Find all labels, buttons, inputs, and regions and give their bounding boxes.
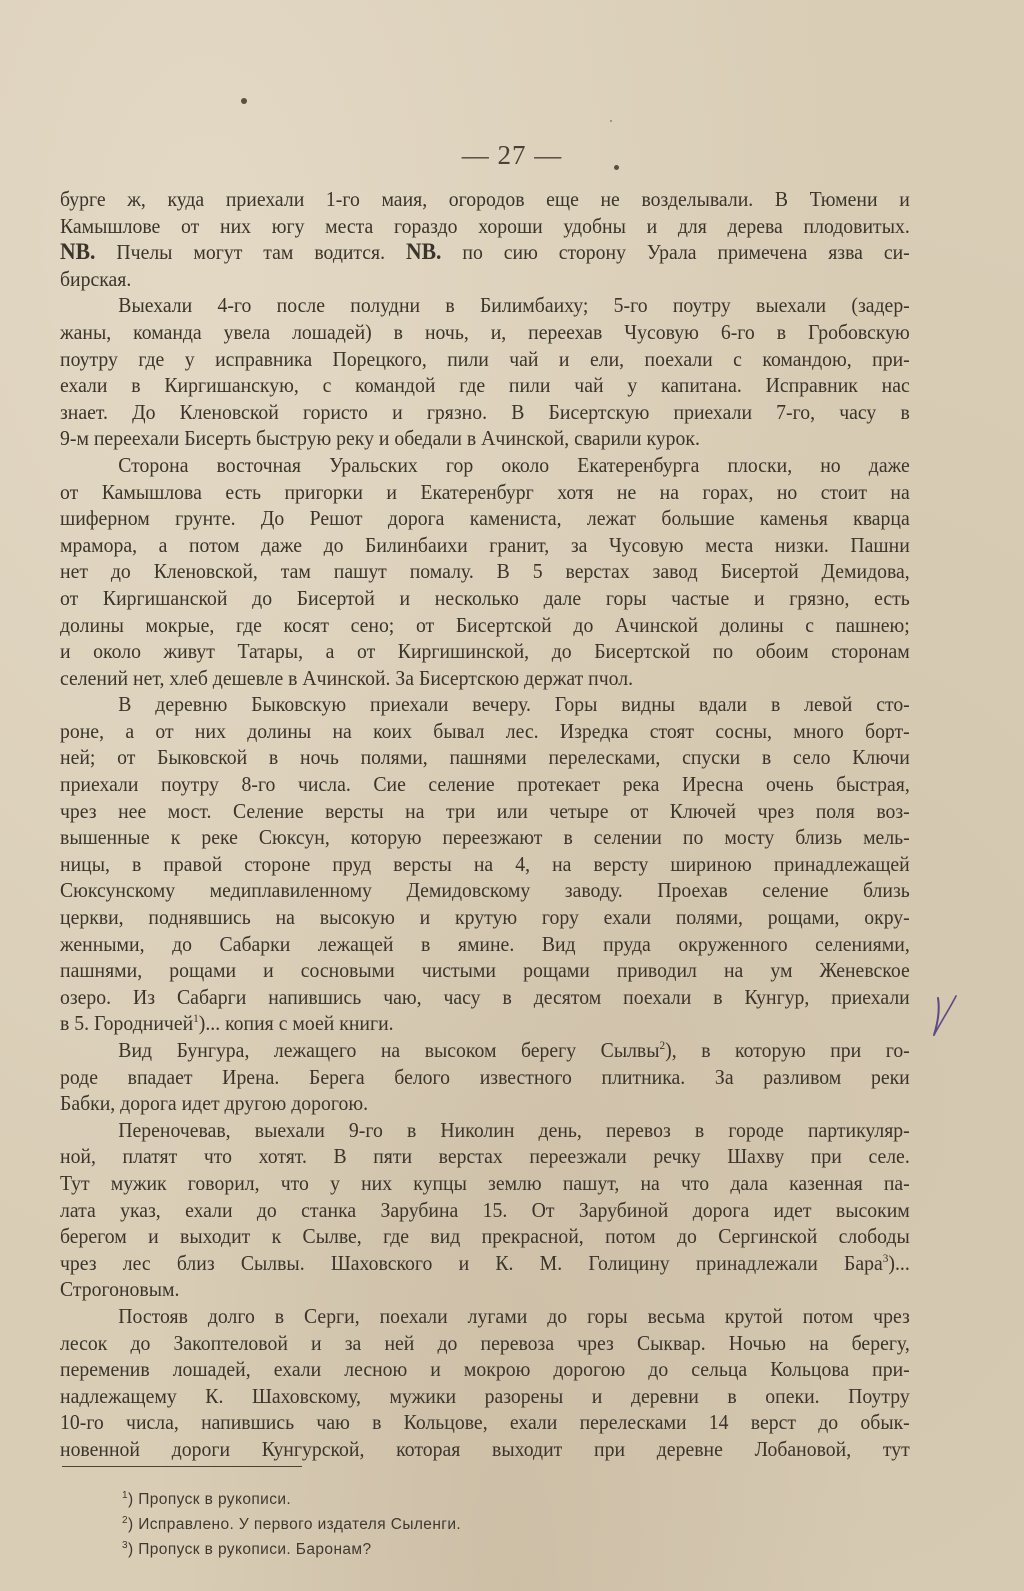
text-line: от Камышлова есть пригорки и Екатеренбур… <box>60 479 910 506</box>
text-line: поутру где у исправника Порецкого, пили … <box>60 346 910 373</box>
text-line: нет до Кленовской, там пашут помалу. В 5… <box>60 558 910 585</box>
footnote-1: 1) Пропуск в рукописи. <box>122 1487 461 1512</box>
text-line: лесок до Закоптеловой и за ней до перево… <box>60 1330 910 1357</box>
text-line: жаны, команда увела лошадей) в ночь, и, … <box>60 319 910 346</box>
text-line: Камышлове от них югу места гораздо хорош… <box>60 213 910 240</box>
footnote-text: ) Исправлено. У первого издателя Сыленги… <box>128 1516 461 1533</box>
text-line: в 5. Городничей1)... копия с моей книги. <box>60 1010 910 1037</box>
text-line: надлежащему К. Шаховскому, мужики разоре… <box>60 1383 910 1410</box>
text-line: бурге ж, куда приехали 1-го маия, огород… <box>60 186 910 213</box>
text-line: переменив лошадей, ехали лесною и мокрою… <box>60 1356 910 1383</box>
text-line: ницы, в правой стороне пруд версты на 4,… <box>60 851 910 878</box>
text-line: Вид Бунгура, лежащего на высоком берегу … <box>60 1037 910 1064</box>
text-line: Переночевав, выехали 9-го в Николин день… <box>60 1117 910 1144</box>
text-line: чрез лес близ Сылвы. Шаховского и К. М. … <box>60 1250 910 1277</box>
footnote-ref: 1 <box>193 1011 199 1025</box>
text-line: ней; от Быковской в ночь полями, пашнями… <box>60 744 910 771</box>
nota-bene-mark: NB. <box>406 239 441 264</box>
text-line: женными, до Сабарки лежащей в ямине. Вид… <box>60 931 910 958</box>
paper-speck <box>610 120 612 122</box>
text-line: приехали поутру 8-го числа. Сие селение … <box>60 771 910 798</box>
text-line: знает. До Кленовской гористо и грязно. В… <box>60 399 910 426</box>
text-line: роне, а от них долины на коих бывал лес.… <box>60 718 910 745</box>
pencil-margin-mark-icon <box>928 990 968 1040</box>
book-page: — 27 — бурге ж, куда приехали 1-го маия,… <box>0 0 1024 1591</box>
text-line: и около живут Татары, а от Киргишинской,… <box>60 638 910 665</box>
footnote-3: 3) Пропуск в рукописи. Баронам? <box>122 1537 461 1562</box>
text-line: Выехали 4-го после полудни в Билимбаиху;… <box>60 292 910 319</box>
footnote-ref: 2 <box>660 1038 666 1052</box>
text-line: церкви, поднявшись на высокую и крутую г… <box>60 904 910 931</box>
text-line: бирская. <box>60 266 910 293</box>
text-line: вышенные к реке Сюксун, которую переезжа… <box>60 824 910 851</box>
paragraph: Постояв долго в Серги, поехали лугами до… <box>60 1303 910 1463</box>
text-line: лата указ, ехали до станка Зарубина 15. … <box>60 1197 910 1224</box>
text-line: Строгоновым. <box>60 1276 910 1303</box>
paragraph: В деревню Быковскую приехали вечеру. Гор… <box>60 691 910 1037</box>
text-line: В деревню Быковскую приехали вечеру. Гор… <box>60 691 910 718</box>
text-line: Бабки, дорога идет другою дорогою. <box>60 1090 910 1117</box>
text-line: новенной дороги Кунгурской, которая выхо… <box>60 1436 910 1463</box>
text-line: NB. Пчелы могут там водится. NB. по сию … <box>60 239 910 266</box>
text-line: ехали в Киргишанскую, с командой где пил… <box>60 372 910 399</box>
text-line: Постояв долго в Серги, поехали лугами до… <box>60 1303 910 1330</box>
text-line: берегом и выходит к Сылве, где вид прекр… <box>60 1223 910 1250</box>
paragraph: бурге ж, куда приехали 1-го маия, огород… <box>60 186 910 292</box>
text-line: ной, платят что хотят. В пяти верстах пе… <box>60 1143 910 1170</box>
footnote-text: ) Пропуск в рукописи. <box>128 1491 291 1508</box>
text-line: 10-го числа, напившись чаю в Кольцове, е… <box>60 1409 910 1436</box>
text-line: 9-м переехали Бисерть быструю реку и обе… <box>60 425 910 452</box>
paragraph: Выехали 4-го после полудни в Билимбаиху;… <box>60 292 910 452</box>
text-line: Сторона восточная Уральских гор около Ек… <box>60 452 910 479</box>
text-line: озеро. Из Сабарги напившись чаю, часу в … <box>60 984 910 1011</box>
text-line: пашнями, рощами и сосновыми чистыми роща… <box>60 957 910 984</box>
text-line: селений нет, хлеб дешевле в Ачинской. За… <box>60 665 910 692</box>
footnote-text: ) Пропуск в рукописи. Баронам? <box>128 1541 372 1558</box>
page-number: — 27 — <box>0 140 1024 171</box>
paragraph: Вид Бунгура, лежащего на высоком берегу … <box>60 1037 910 1117</box>
text-line: Сюксунскому медиплавиленному Демидовском… <box>60 877 910 904</box>
paragraph: Сторона восточная Уральских гор около Ек… <box>60 452 910 691</box>
paper-speck <box>241 98 247 104</box>
footnote-divider <box>62 1466 302 1467</box>
text-line: Тут мужик говорил, что у них купцы землю… <box>60 1170 910 1197</box>
paragraph: Переночевав, выехали 9-го в Николин день… <box>60 1117 910 1303</box>
text-line: чрез нее мост. Селение версты на три или… <box>60 798 910 825</box>
footnote-ref: 3 <box>883 1251 889 1265</box>
footnotes: 1) Пропуск в рукописи.2) Исправлено. У п… <box>122 1487 461 1562</box>
footnote-2: 2) Исправлено. У первого издателя Сыленг… <box>122 1512 461 1537</box>
text-line: от Киргишанской до Бисертой и несколько … <box>60 585 910 612</box>
nota-bene-mark: NB. <box>60 239 95 264</box>
text-line: мрамора, а потом даже до Билинбаихи гран… <box>60 532 910 559</box>
text-line: шиферном грунте. До Решот дорога каменис… <box>60 505 910 532</box>
text-line: долины мокрые, где косят сено; от Бисерт… <box>60 612 910 639</box>
text-line: роде впадает Ирена. Берега белого извест… <box>60 1064 910 1091</box>
body-text: бурге ж, куда приехали 1-го маия, огород… <box>60 186 910 1463</box>
